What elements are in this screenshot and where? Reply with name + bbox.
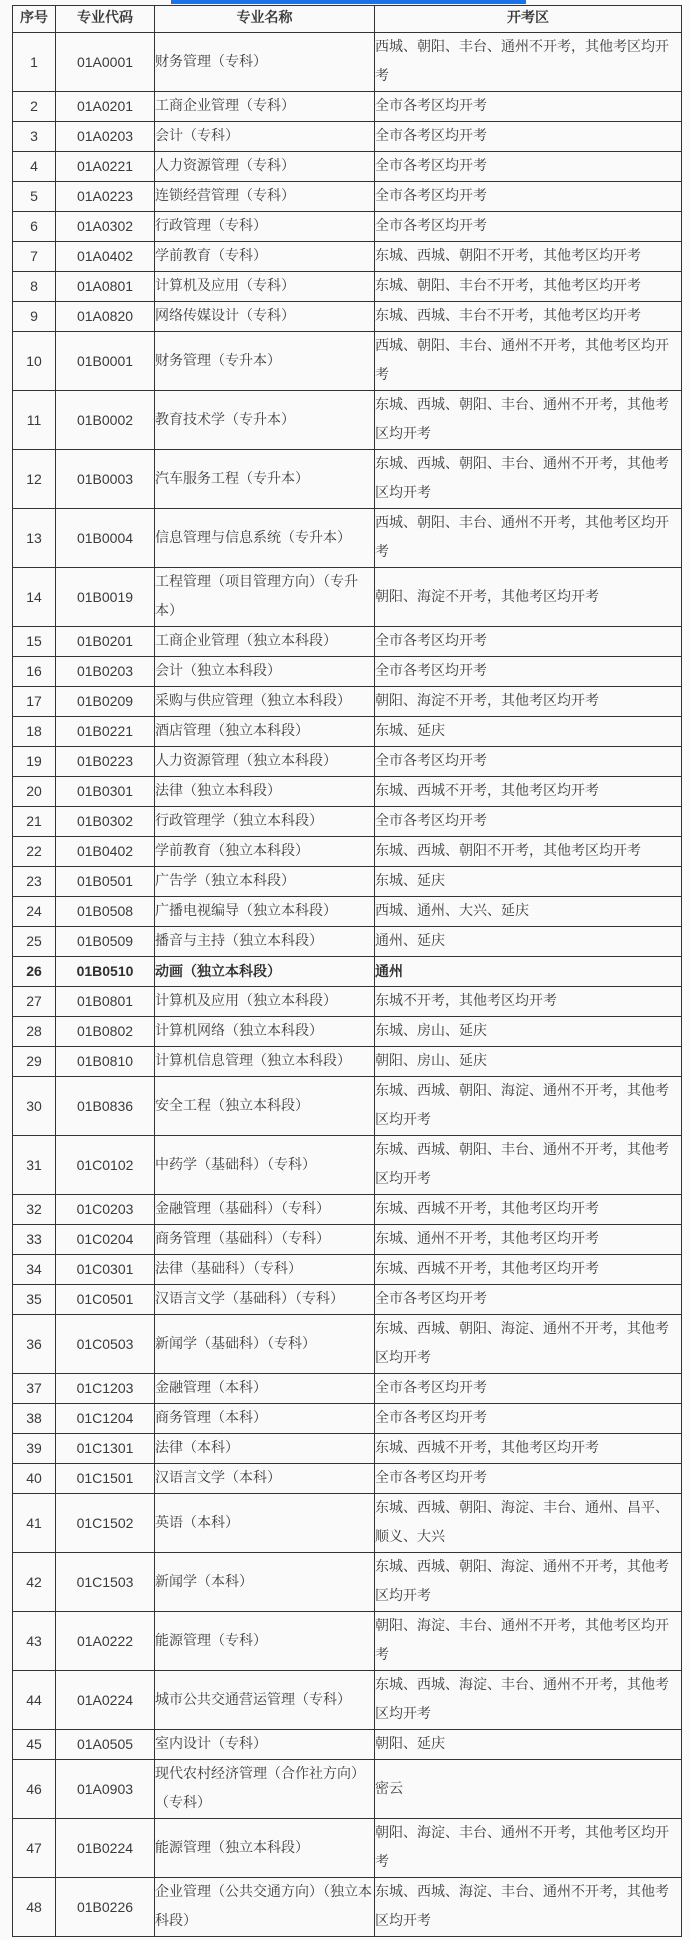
cell-major-name: 学前教育（独立本科段） [155,837,375,867]
cell-serial-number: 12 [13,450,56,509]
cell-major-code: 01B0402 [56,837,155,867]
table-row: 24 01B0508 广播电视编导（独立本科段） 西城、通州、大兴、延庆 [13,897,682,927]
cell-serial-number: 16 [13,657,56,687]
cell-major-name: 法律（独立本科段） [155,777,375,807]
cell-exam-district: 东城、西城、海淀、丰台、通州不开考，其他考区均开考 [375,1671,682,1730]
cell-major-name: 连锁经营管理（专科） [155,182,375,212]
cell-major-name: 英语（本科） [155,1494,375,1553]
cell-serial-number: 6 [13,212,56,242]
table-row: 22 01B0402 学前教育（独立本科段） 东城、西城、朝阳不开考，其他考区均… [13,837,682,867]
cell-exam-district: 东城、西城、朝阳、海淀、通州不开考，其他考区均开考 [375,1553,682,1612]
table-row: 44 01A0224 城市公共交通营运管理（专科） 东城、西城、海淀、丰台、通州… [13,1671,682,1730]
cell-major-code: 01B0802 [56,1017,155,1047]
cell-exam-district: 全市各考区均开考 [375,1464,682,1494]
cell-exam-district: 全市各考区均开考 [375,1285,682,1315]
cell-serial-number: 13 [13,509,56,568]
cell-major-name: 会计（专科） [155,122,375,152]
table-row: 43 01A0222 能源管理（专科） 朝阳、海淀、丰台、通州不开考，其他考区均… [13,1612,682,1671]
cell-major-name: 能源管理（专科） [155,1612,375,1671]
cell-exam-district: 通州、延庆 [375,927,682,957]
table-row: 41 01C1502 英语（本科） 东城、西城、朝阳、海淀、丰台、通州、昌平、顺… [13,1494,682,1553]
cell-exam-district: 东城、西城、海淀、丰台、通州不开考，其他考区均开考 [375,1878,682,1937]
table-row: 26 01B0510 动画（独立本科段） 通州 [13,957,682,987]
cell-major-name: 工程管理（项目管理方向）（专升本） [155,568,375,627]
cell-exam-district: 朝阳、延庆 [375,1730,682,1760]
cell-serial-number: 40 [13,1464,56,1494]
table-row: 32 01C0203 金融管理（基础科）（专科） 东城、西城不开考，其他考区均开… [13,1195,682,1225]
cell-exam-district: 全市各考区均开考 [375,212,682,242]
cell-serial-number: 41 [13,1494,56,1553]
cell-exam-district: 西城、朝阳、丰台、通州不开考，其他考区均开考 [375,509,682,568]
cell-major-code: 01B0002 [56,391,155,450]
cell-major-name: 计算机及应用（独立本科段） [155,987,375,1017]
cell-major-code: 01B0226 [56,1878,155,1937]
cell-serial-number: 34 [13,1255,56,1285]
table-row: 17 01B0209 采购与供应管理（独立本科段） 朝阳、海淀不开考，其他考区均… [13,687,682,717]
cell-exam-district: 东城、延庆 [375,717,682,747]
cell-major-code: 01A0203 [56,122,155,152]
cell-major-code: 01C1503 [56,1553,155,1612]
cell-major-code: 01A0801 [56,272,155,302]
cell-major-name: 信息管理与信息系统（专升本） [155,509,375,568]
cell-major-name: 会计（独立本科段） [155,657,375,687]
cell-major-name: 工商企业管理（独立本科段） [155,627,375,657]
table-row: 1 01A0001 财务管理（专科） 西城、朝阳、丰台、通州不开考，其他考区均开… [13,33,682,92]
header-exam-district: 开考区 [375,6,682,33]
cell-major-name: 汉语言文学（本科） [155,1464,375,1494]
cell-major-code: 01C0102 [56,1136,155,1195]
cell-exam-district: 东城、西城、朝阳、海淀、丰台、通州、昌平、顺义、大兴 [375,1494,682,1553]
cell-major-code: 01B0019 [56,568,155,627]
cell-exam-district: 东城、通州不开考，其他考区均开考 [375,1225,682,1255]
cell-major-name: 企业管理（公共交通方向）（独立本科段） [155,1878,375,1937]
cell-exam-district: 全市各考区均开考 [375,807,682,837]
cell-serial-number: 2 [13,92,56,122]
cell-exam-district: 全市各考区均开考 [375,747,682,777]
cell-exam-district: 东城、朝阳、丰台不开考，其他考区均开考 [375,272,682,302]
cell-major-name: 人力资源管理（专科） [155,152,375,182]
table-row: 14 01B0019 工程管理（项目管理方向）（专升本） 朝阳、海淀不开考，其他… [13,568,682,627]
table-row: 39 01C1301 法律（本科） 东城、西城不开考，其他考区均开考 [13,1434,682,1464]
table-row: 10 01B0001 财务管理（专升本） 西城、朝阳、丰台、通州不开考，其他考区… [13,332,682,391]
cell-serial-number: 9 [13,302,56,332]
cell-major-code: 01C1301 [56,1434,155,1464]
cell-exam-district: 东城、西城、朝阳、海淀、通州不开考，其他考区均开考 [375,1077,682,1136]
cell-serial-number: 46 [13,1760,56,1819]
table-row: 40 01C1501 汉语言文学（本科） 全市各考区均开考 [13,1464,682,1494]
table-row: 45 01A0505 室内设计（专科） 朝阳、延庆 [13,1730,682,1760]
cell-major-code: 01A0001 [56,33,155,92]
cell-serial-number: 7 [13,242,56,272]
cell-major-name: 播音与主持（独立本科段） [155,927,375,957]
cell-serial-number: 20 [13,777,56,807]
cell-exam-district: 朝阳、海淀不开考，其他考区均开考 [375,568,682,627]
cell-major-code: 01B0510 [56,957,155,987]
majors-table: 序号 专业代码 专业名称 开考区 1 01A0001 财务管理（专科） 西城、朝… [12,5,682,1937]
cell-major-code: 01B0836 [56,1077,155,1136]
cell-major-name: 行政管理学（独立本科段） [155,807,375,837]
table-row: 20 01B0301 法律（独立本科段） 东城、西城不开考，其他考区均开考 [13,777,682,807]
cell-major-code: 01B0001 [56,332,155,391]
cell-exam-district: 朝阳、海淀、丰台、通州不开考，其他考区均开考 [375,1612,682,1671]
table-row: 19 01B0223 人力资源管理（独立本科段） 全市各考区均开考 [13,747,682,777]
cell-major-code: 01B0221 [56,717,155,747]
cell-major-name: 学前教育（专科） [155,242,375,272]
cell-major-code: 01A0402 [56,242,155,272]
cell-major-name: 金融管理（本科） [155,1374,375,1404]
cell-exam-district: 全市各考区均开考 [375,1404,682,1434]
cell-exam-district: 全市各考区均开考 [375,122,682,152]
cell-major-code: 01C1204 [56,1404,155,1434]
cell-major-name: 计算机网络（独立本科段） [155,1017,375,1047]
cell-major-code: 01C0204 [56,1225,155,1255]
cell-exam-district: 全市各考区均开考 [375,182,682,212]
table-row: 46 01A0903 现代农村经济管理（合作社方向）（专科） 密云 [13,1760,682,1819]
cell-major-code: 01B0003 [56,450,155,509]
cell-major-name: 计算机及应用（专科） [155,272,375,302]
cell-major-code: 01C0501 [56,1285,155,1315]
cell-exam-district: 通州 [375,957,682,987]
cell-exam-district: 西城、朝阳、丰台、通州不开考，其他考区均开考 [375,33,682,92]
cell-major-name: 工商企业管理（专科） [155,92,375,122]
cell-major-name: 城市公共交通营运管理（专科） [155,1671,375,1730]
cell-serial-number: 48 [13,1878,56,1937]
header-major-code: 专业代码 [56,6,155,33]
table-row: 11 01B0002 教育技术学（专升本） 东城、西城、朝阳、丰台、通州不开考，… [13,391,682,450]
table-row: 8 01A0801 计算机及应用（专科） 东城、朝阳、丰台不开考，其他考区均开考 [13,272,682,302]
table-row: 5 01A0223 连锁经营管理（专科） 全市各考区均开考 [13,182,682,212]
table-row: 47 01B0224 能源管理（独立本科段） 朝阳、海淀、丰台、通州不开考，其他… [13,1819,682,1878]
cell-major-name: 中药学（基础科）（专科） [155,1136,375,1195]
table-row: 35 01C0501 汉语言文学（基础科）（专科） 全市各考区均开考 [13,1285,682,1315]
cell-serial-number: 1 [13,33,56,92]
cell-serial-number: 33 [13,1225,56,1255]
cell-serial-number: 35 [13,1285,56,1315]
table-row: 42 01C1503 新闻学（本科） 东城、西城、朝阳、海淀、通州不开考，其他考… [13,1553,682,1612]
cell-major-code: 01B0508 [56,897,155,927]
cell-major-name: 室内设计（专科） [155,1730,375,1760]
cell-major-name: 汉语言文学（基础科）（专科） [155,1285,375,1315]
cell-serial-number: 36 [13,1315,56,1374]
cell-major-name: 行政管理（专科） [155,212,375,242]
cell-serial-number: 26 [13,957,56,987]
cell-serial-number: 22 [13,837,56,867]
cell-serial-number: 5 [13,182,56,212]
table-row: 16 01B0203 会计（独立本科段） 全市各考区均开考 [13,657,682,687]
table-row: 21 01B0302 行政管理学（独立本科段） 全市各考区均开考 [13,807,682,837]
cell-major-name: 广播电视编导（独立本科段） [155,897,375,927]
cell-exam-district: 全市各考区均开考 [375,627,682,657]
cell-exam-district: 东城、西城、朝阳、丰台、通州不开考，其他考区均开考 [375,391,682,450]
cell-major-code: 01B0224 [56,1819,155,1878]
accent-bar [171,0,526,4]
cell-serial-number: 44 [13,1671,56,1730]
cell-major-code: 01B0302 [56,807,155,837]
cell-major-name: 网络传媒设计（专科） [155,302,375,332]
cell-serial-number: 18 [13,717,56,747]
cell-major-name: 财务管理（专科） [155,33,375,92]
cell-major-name: 新闻学（基础科）（专科） [155,1315,375,1374]
table-row: 9 01A0820 网络传媒设计（专科） 东城、西城、丰台不开考，其他考区均开考 [13,302,682,332]
cell-major-code: 01A0224 [56,1671,155,1730]
cell-serial-number: 15 [13,627,56,657]
cell-major-code: 01B0810 [56,1047,155,1077]
cell-major-name: 法律（本科） [155,1434,375,1464]
header-row: 序号 专业代码 专业名称 开考区 [13,6,682,33]
cell-major-code: 01B0201 [56,627,155,657]
cell-major-code: 01B0209 [56,687,155,717]
cell-major-code: 01A0222 [56,1612,155,1671]
table-row: 3 01A0203 会计（专科） 全市各考区均开考 [13,122,682,152]
cell-exam-district: 东城不开考，其他考区均开考 [375,987,682,1017]
table-row: 34 01C0301 法律（基础科）（专科） 东城、西城不开考，其他考区均开考 [13,1255,682,1285]
cell-exam-district: 东城、西城、朝阳不开考，其他考区均开考 [375,837,682,867]
cell-major-name: 新闻学（本科） [155,1553,375,1612]
cell-major-name: 酒店管理（独立本科段） [155,717,375,747]
table-row: 30 01B0836 安全工程（独立本科段） 东城、西城、朝阳、海淀、通州不开考… [13,1077,682,1136]
table-row: 13 01B0004 信息管理与信息系统（专升本） 西城、朝阳、丰台、通州不开考… [13,509,682,568]
table-row: 6 01A0302 行政管理（专科） 全市各考区均开考 [13,212,682,242]
cell-major-name: 教育技术学（专升本） [155,391,375,450]
table-row: 25 01B0509 播音与主持（独立本科段） 通州、延庆 [13,927,682,957]
cell-major-name: 能源管理（独立本科段） [155,1819,375,1878]
cell-exam-district: 全市各考区均开考 [375,92,682,122]
table-row: 15 01B0201 工商企业管理（独立本科段） 全市各考区均开考 [13,627,682,657]
cell-major-code: 01C0503 [56,1315,155,1374]
cell-serial-number: 19 [13,747,56,777]
table-row: 33 01C0204 商务管理（基础科）（专科） 东城、通州不开考，其他考区均开… [13,1225,682,1255]
cell-major-name: 商务管理（基础科）（专科） [155,1225,375,1255]
cell-major-code: 01A0201 [56,92,155,122]
table-row: 48 01B0226 企业管理（公共交通方向）（独立本科段） 东城、西城、海淀、… [13,1878,682,1937]
cell-serial-number: 37 [13,1374,56,1404]
cell-major-name: 商务管理（本科） [155,1404,375,1434]
cell-major-name: 计算机信息管理（独立本科段） [155,1047,375,1077]
table-row: 31 01C0102 中药学（基础科）（专科） 东城、西城、朝阳、丰台、通州不开… [13,1136,682,1195]
cell-major-name: 安全工程（独立本科段） [155,1077,375,1136]
cell-major-code: 01A0820 [56,302,155,332]
cell-exam-district: 西城、通州、大兴、延庆 [375,897,682,927]
table-row: 37 01C1203 金融管理（本科） 全市各考区均开考 [13,1374,682,1404]
cell-exam-district: 西城、朝阳、丰台、通州不开考，其他考区均开考 [375,332,682,391]
cell-major-code: 01B0004 [56,509,155,568]
cell-major-name: 汽车服务工程（专升本） [155,450,375,509]
cell-exam-district: 朝阳、海淀不开考，其他考区均开考 [375,687,682,717]
table-row: 12 01B0003 汽车服务工程（专升本） 东城、西城、朝阳、丰台、通州不开考… [13,450,682,509]
cell-major-name: 现代农村经济管理（合作社方向）（专科） [155,1760,375,1819]
cell-serial-number: 14 [13,568,56,627]
table-row: 36 01C0503 新闻学（基础科）（专科） 东城、西城、朝阳、海淀、通州不开… [13,1315,682,1374]
cell-major-code: 01B0509 [56,927,155,957]
cell-major-code: 01C0301 [56,1255,155,1285]
table-row: 29 01B0810 计算机信息管理（独立本科段） 朝阳、房山、延庆 [13,1047,682,1077]
table-row: 2 01A0201 工商企业管理（专科） 全市各考区均开考 [13,92,682,122]
header-serial-number: 序号 [13,6,56,33]
cell-serial-number: 31 [13,1136,56,1195]
cell-serial-number: 45 [13,1730,56,1760]
cell-serial-number: 10 [13,332,56,391]
table-row: 23 01B0501 广告学（独立本科段） 东城、延庆 [13,867,682,897]
cell-major-name: 广告学（独立本科段） [155,867,375,897]
cell-exam-district: 密云 [375,1760,682,1819]
cell-exam-district: 东城、西城不开考，其他考区均开考 [375,1195,682,1225]
cell-exam-district: 东城、延庆 [375,867,682,897]
cell-serial-number: 38 [13,1404,56,1434]
cell-major-code: 01B0223 [56,747,155,777]
cell-serial-number: 8 [13,272,56,302]
table-row: 27 01B0801 计算机及应用（独立本科段） 东城不开考，其他考区均开考 [13,987,682,1017]
table-row: 4 01A0221 人力资源管理（专科） 全市各考区均开考 [13,152,682,182]
cell-serial-number: 39 [13,1434,56,1464]
cell-major-code: 01C1203 [56,1374,155,1404]
cell-serial-number: 21 [13,807,56,837]
cell-major-code: 01B0801 [56,987,155,1017]
cell-major-code: 01C0203 [56,1195,155,1225]
cell-major-code: 01A0302 [56,212,155,242]
cell-serial-number: 30 [13,1077,56,1136]
cell-serial-number: 47 [13,1819,56,1878]
cell-serial-number: 25 [13,927,56,957]
cell-serial-number: 23 [13,867,56,897]
cell-exam-district: 全市各考区均开考 [375,1374,682,1404]
cell-major-code: 01C1502 [56,1494,155,1553]
cell-exam-district: 东城、西城、朝阳、海淀、通州不开考，其他考区均开考 [375,1315,682,1374]
cell-exam-district: 东城、西城不开考，其他考区均开考 [375,777,682,807]
cell-exam-district: 东城、西城不开考，其他考区均开考 [375,1434,682,1464]
cell-exam-district: 东城、西城不开考，其他考区均开考 [375,1255,682,1285]
table-row: 7 01A0402 学前教育（专科） 东城、西城、朝阳不开考，其他考区均开考 [13,242,682,272]
cell-major-name: 法律（基础科）（专科） [155,1255,375,1285]
cell-serial-number: 3 [13,122,56,152]
cell-major-code: 01A0221 [56,152,155,182]
cell-serial-number: 11 [13,391,56,450]
cell-exam-district: 东城、西城、朝阳、丰台、通州不开考，其他考区均开考 [375,1136,682,1195]
cell-exam-district: 东城、西城、丰台不开考，其他考区均开考 [375,302,682,332]
cell-serial-number: 17 [13,687,56,717]
cell-major-code: 01A0903 [56,1760,155,1819]
cell-major-name: 动画（独立本科段） [155,957,375,987]
cell-major-code: 01A0505 [56,1730,155,1760]
cell-major-name: 人力资源管理（独立本科段） [155,747,375,777]
table-row: 38 01C1204 商务管理（本科） 全市各考区均开考 [13,1404,682,1434]
cell-exam-district: 全市各考区均开考 [375,657,682,687]
cell-serial-number: 24 [13,897,56,927]
cell-serial-number: 43 [13,1612,56,1671]
cell-exam-district: 东城、西城、朝阳、丰台、通州不开考，其他考区均开考 [375,450,682,509]
cell-major-code: 01B0301 [56,777,155,807]
cell-serial-number: 4 [13,152,56,182]
cell-major-name: 金融管理（基础科）（专科） [155,1195,375,1225]
cell-major-name: 财务管理（专升本） [155,332,375,391]
cell-serial-number: 32 [13,1195,56,1225]
cell-exam-district: 朝阳、海淀、丰台、通州不开考，其他考区均开考 [375,1819,682,1878]
cell-exam-district: 全市各考区均开考 [375,152,682,182]
table-row: 28 01B0802 计算机网络（独立本科段） 东城、房山、延庆 [13,1017,682,1047]
table-row: 18 01B0221 酒店管理（独立本科段） 东城、延庆 [13,717,682,747]
cell-exam-district: 东城、西城、朝阳不开考，其他考区均开考 [375,242,682,272]
cell-major-code: 01A0223 [56,182,155,212]
cell-serial-number: 27 [13,987,56,1017]
cell-exam-district: 朝阳、房山、延庆 [375,1047,682,1077]
header-major-name: 专业名称 [155,6,375,33]
cell-major-name: 采购与供应管理（独立本科段） [155,687,375,717]
cell-exam-district: 东城、房山、延庆 [375,1017,682,1047]
cell-major-code: 01C1501 [56,1464,155,1494]
cell-major-code: 01B0501 [56,867,155,897]
cell-serial-number: 42 [13,1553,56,1612]
cell-major-code: 01B0203 [56,657,155,687]
cell-serial-number: 28 [13,1017,56,1047]
cell-serial-number: 29 [13,1047,56,1077]
